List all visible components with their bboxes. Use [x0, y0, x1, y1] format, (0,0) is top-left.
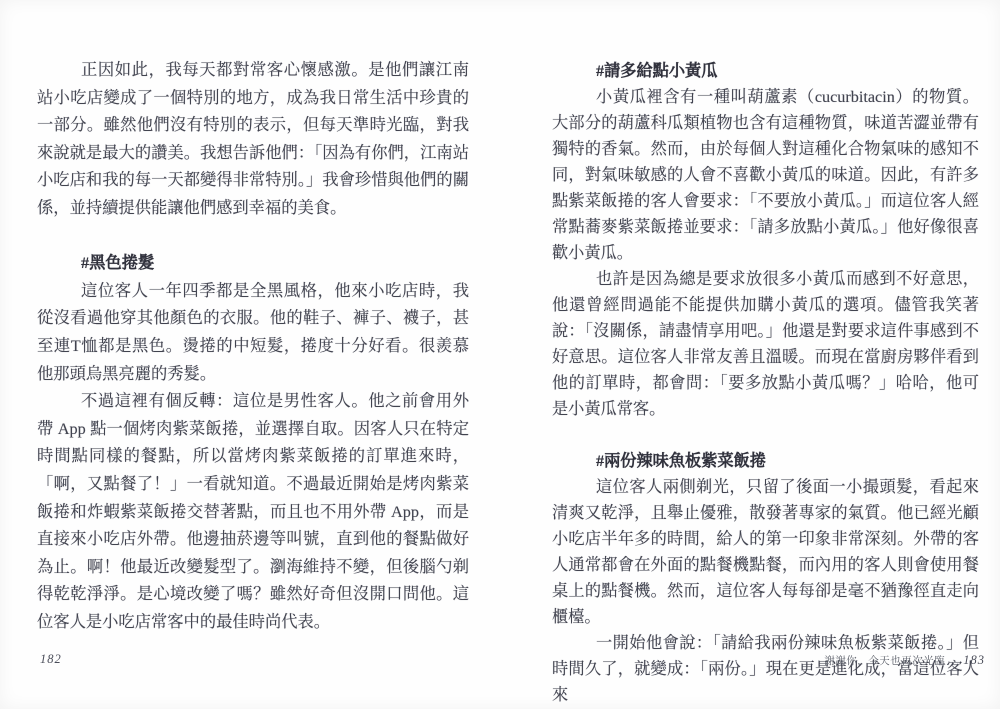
- right-section2-paragraph-2: 一開始他會說：「請給我兩份辣味魚板紫菜飯捲。」但時間久了，就變成：「兩份。」現在…: [552, 630, 979, 708]
- right-page: #請多給點小黃瓜 小黃瓜裡含有一種叫葫蘆素（cucurbitacin）的物質。大…: [552, 58, 979, 708]
- right-page-footer: 謝謝你，今天也再次光臨 183: [824, 653, 985, 668]
- right-page-number: 183: [963, 653, 985, 668]
- section-heading-more-cucumber: #請多給點小黃瓜: [552, 58, 979, 84]
- left-page-intro-paragraph: 正因如此，我每天都對常客心懷感激。是他們讓江南站小吃店變成了一個特別的地方，成為…: [37, 56, 469, 222]
- right-section2-paragraph-1: 這位客人兩側剃光，只留了後面一小撮頭髮，看起來清爽又乾淨，且舉止優雅，散發著專家…: [552, 474, 979, 630]
- running-title: 謝謝你，今天也再次光臨: [824, 653, 945, 668]
- right-section1-paragraph-1: 小黃瓜裡含有一種叫葫蘆素（cucurbitacin）的物質。大部分的葫蘆科瓜類植…: [552, 84, 979, 266]
- right-section1-paragraph-2: 也許是因為總是要求放很多小黃瓜而感到不好意思，他還曾經問過能不能提供加購小黃瓜的…: [552, 266, 979, 422]
- left-page-number: 182: [40, 652, 62, 667]
- left-page: 正因如此，我每天都對常客心懷感激。是他們讓江南站小吃店變成了一個特別的地方，成為…: [37, 56, 469, 635]
- left-section-paragraph-1: 這位客人一年四季都是全黑風格，他來小吃店時，我從沒看過他穿其他顏色的衣服。他的鞋…: [37, 277, 469, 387]
- section-heading-black-curly-hair: #黑色捲髮: [37, 249, 469, 277]
- section-heading-two-spicy-fishcake-gimbap: #兩份辣味魚板紫菜飯捲: [552, 448, 979, 474]
- left-section-paragraph-2: 不過這裡有個反轉：這位是男性客人。他之前會用外帶 App 點一個烤肉紫菜飯捲，並…: [37, 387, 469, 635]
